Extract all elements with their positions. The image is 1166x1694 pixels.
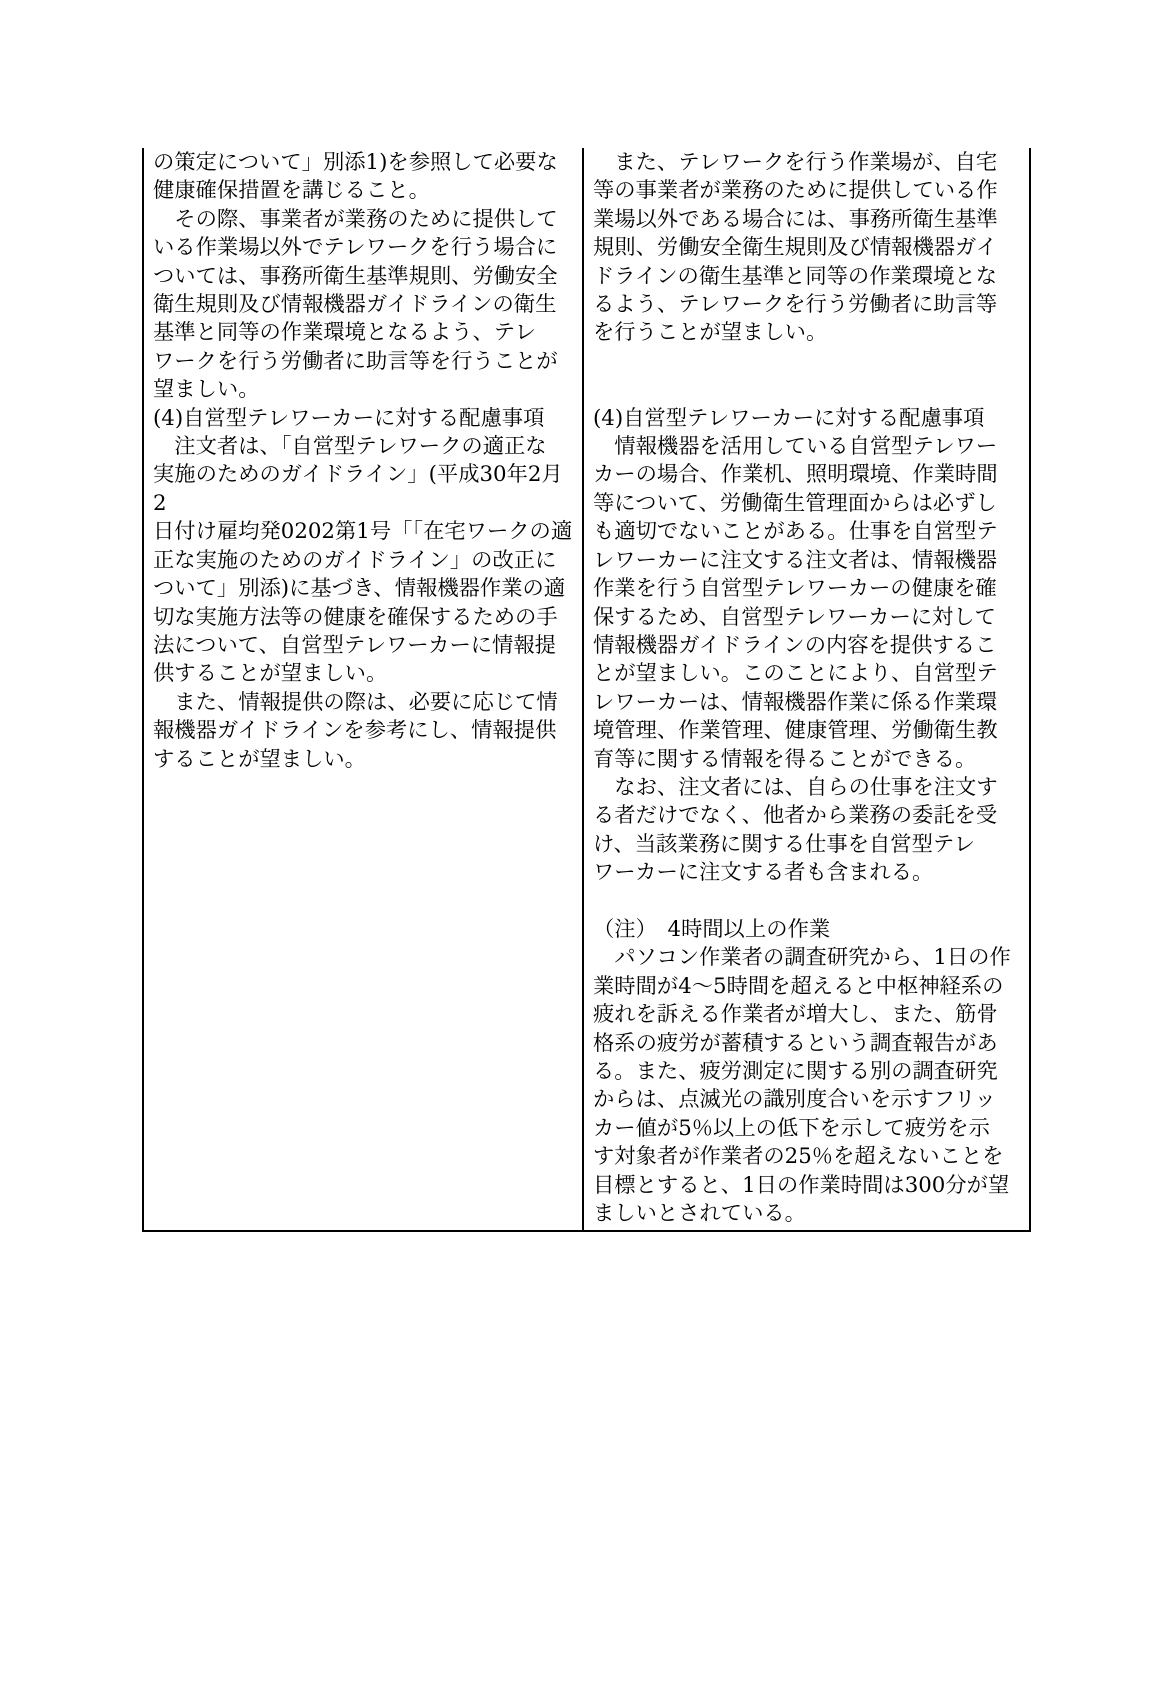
table-cell-left-column: の策定について」別添1)を参照して必要な 健康確保措置を講じること。 その際、事… [144, 148, 584, 1230]
document-page: { "colors": { "background": "#ffffff", "… [0, 0, 1166, 1694]
table-cell-right-column: また、テレワークを行う作業場が、自宅 等の事業者が業務のために提供している作 業… [584, 148, 1029, 1230]
two-column-comparison-table: の策定について」別添1)を参照して必要な 健康確保措置を講じること。 その際、事… [142, 148, 1031, 1232]
